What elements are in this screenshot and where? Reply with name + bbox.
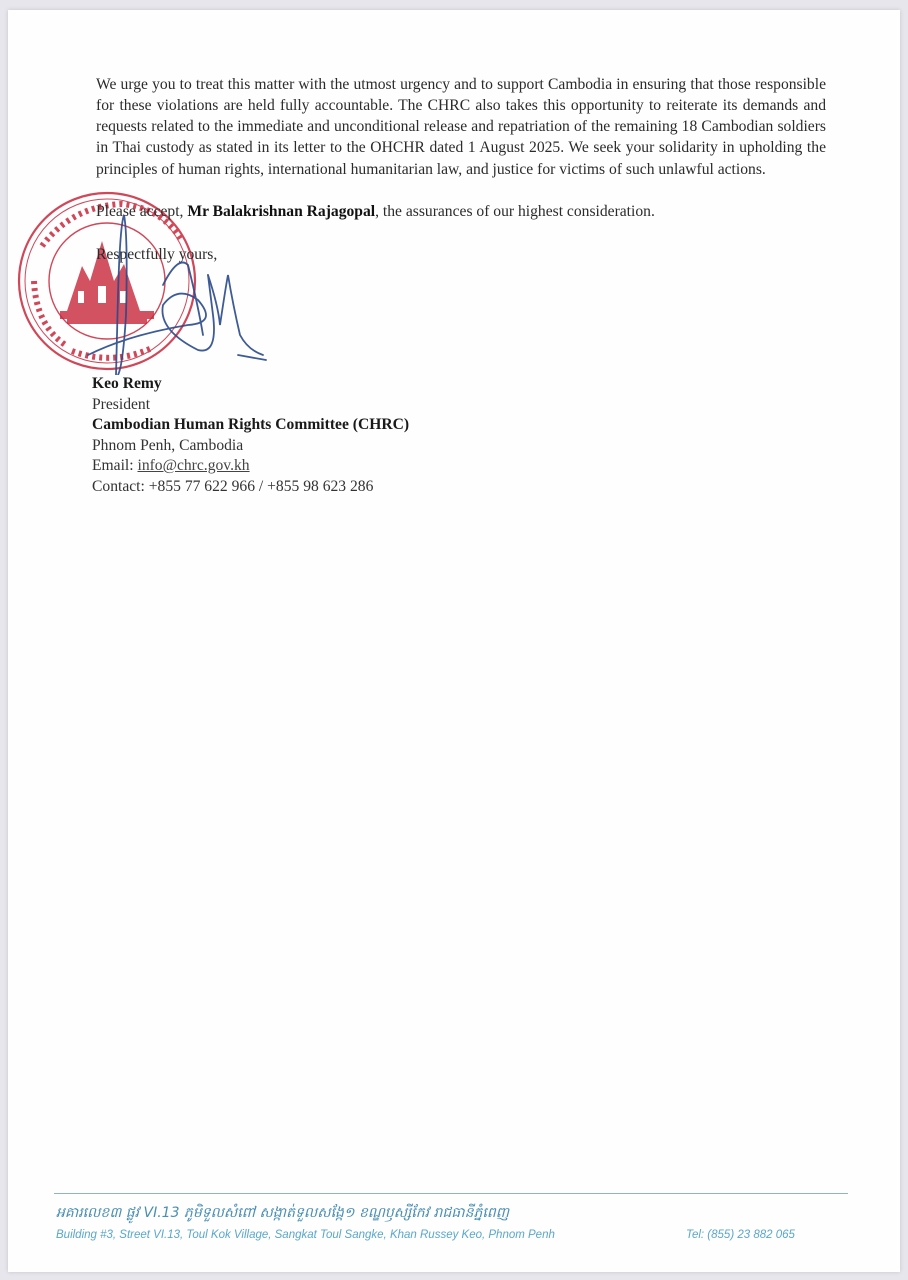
closing-prefix: Please accept,: [96, 203, 187, 220]
closing-line: Please accept, Mr Balakrishnan Rajagopal…: [96, 203, 655, 221]
footer-divider: [54, 1193, 848, 1194]
footer-address: Building #3, Street VI.13, Toul Kok Vill…: [56, 1229, 555, 1241]
footer-khmer-address: អគារលេខ៣ ផ្លូវ VI.13 ភូមិទួលសំពៅ សង្កាត់…: [56, 1203, 509, 1224]
signatory-name: Keo Remy: [92, 374, 409, 395]
signatory-location: Phnom Penh, Cambodia: [92, 436, 409, 457]
valediction: Respectfully yours,: [96, 246, 217, 264]
signatory-contact: Contact: +855 77 622 966 / +855 98 623 2…: [92, 477, 409, 498]
closing-suffix: , the assurances of our highest consider…: [375, 203, 655, 220]
signature-block: Keo Remy President Cambodian Human Right…: [92, 374, 409, 497]
body-paragraph: We urge you to treat this matter with th…: [96, 74, 826, 180]
email-label: Email:: [92, 457, 137, 474]
signatory-email-line: Email: info@chrc.gov.kh: [92, 456, 409, 477]
signatory-organization: Cambodian Human Rights Committee (CHRC): [92, 415, 409, 436]
letter-page: We urge you to treat this matter with th…: [8, 10, 900, 1272]
signatory-title: President: [92, 395, 409, 416]
footer-telephone: Tel: (855) 23 882 065: [686, 1229, 795, 1241]
closing-recipient: Mr Balakrishnan Rajagopal: [187, 203, 375, 220]
handwritten-signature-icon: [68, 215, 278, 375]
email-link[interactable]: info@chrc.gov.kh: [137, 457, 249, 474]
